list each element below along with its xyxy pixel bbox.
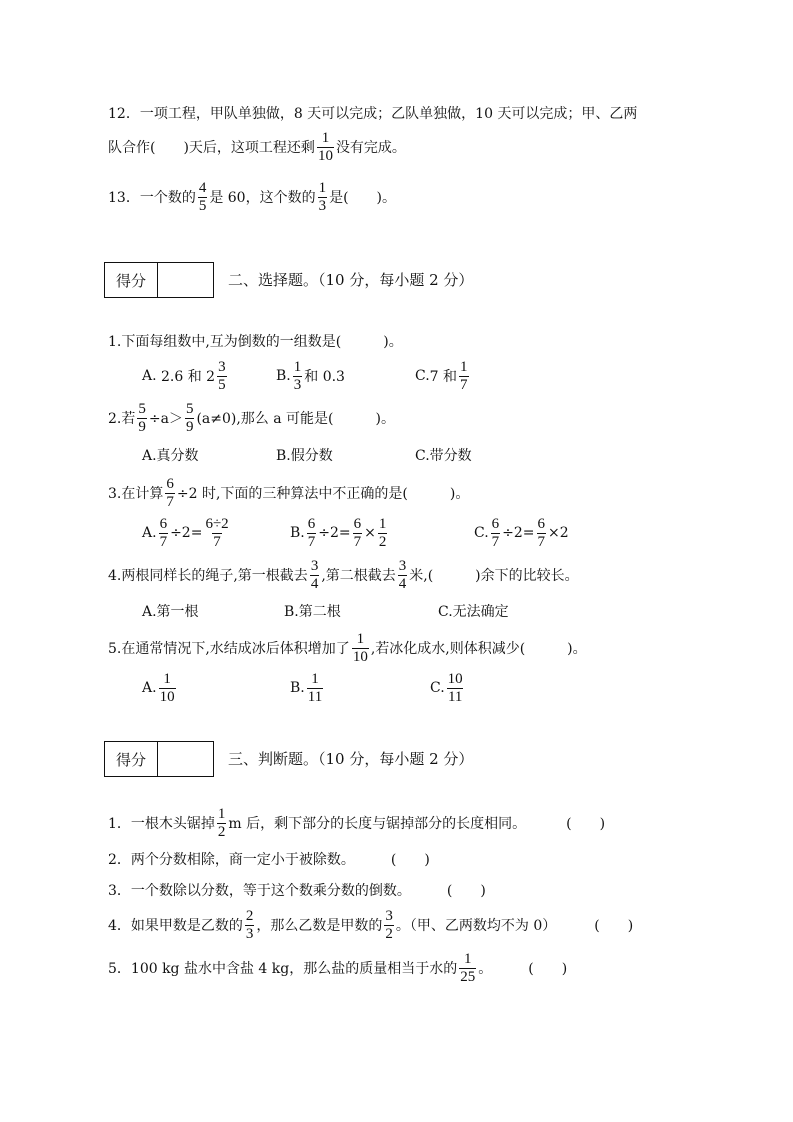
- option-label: A.: [142, 525, 157, 541]
- option-c: C.带分数: [415, 435, 472, 475]
- option-b: B.假分数: [276, 435, 333, 475]
- option-text: 7 和: [430, 366, 457, 386]
- fraction: 35: [217, 359, 227, 394]
- question-text: 1.下面每组数中,互为倒数的一组数是( )。: [108, 331, 403, 351]
- option-text: B.假分数: [276, 445, 333, 465]
- fraction: 67: [307, 516, 317, 551]
- option-b: B.第二根: [284, 591, 341, 631]
- fraction: 110: [317, 130, 334, 165]
- numerator: 1: [356, 631, 366, 648]
- numerator: 4: [198, 180, 208, 197]
- option-text: B.第二根: [284, 601, 341, 621]
- judge-question-5: 5．100 kg 盐水中含盐 4 kg，那么盐的质量相当于水的 125 。 ( …: [108, 948, 567, 988]
- choice-question-1: 1.下面每组数中,互为倒数的一组数是( )。: [108, 321, 403, 361]
- numerator: 2: [245, 908, 255, 925]
- denominator: 2: [384, 925, 394, 943]
- fraction: 12: [217, 806, 227, 841]
- denominator: 2: [378, 533, 388, 551]
- denominator: 7: [537, 533, 547, 551]
- option-text: A.真分数: [142, 445, 199, 465]
- fraction: 110: [159, 671, 176, 706]
- question-text: ,若冰化成水,则体积减少( )。: [371, 638, 587, 658]
- numerator: 1: [293, 359, 303, 376]
- choice-question-4: 4.两根同样长的绳子,第一根截去 34 ,第二根截去 34 米,( )余下的比较…: [108, 555, 579, 595]
- answer-blank[interactable]: ( ): [447, 880, 486, 900]
- fraction: 67: [353, 516, 363, 551]
- question-text: 4.两根同样长的绳子,第一根截去: [108, 565, 308, 585]
- question-text: 队合作( )天后，这项工程还剩: [108, 137, 315, 157]
- fraction: 67: [159, 516, 169, 551]
- option-b: B. 111: [290, 668, 325, 708]
- section-title: 二、选择题。（10 分，每小题 2 分）: [228, 262, 473, 296]
- denominator: 2: [217, 823, 227, 841]
- answer-blank[interactable]: ( ): [528, 958, 567, 978]
- numerator: 1: [217, 806, 227, 823]
- fraction: 6÷27: [204, 516, 229, 551]
- question-text: ，那么乙数是甲数的: [256, 915, 382, 935]
- fraction: 17: [459, 359, 469, 394]
- fraction: 67: [491, 516, 501, 551]
- question-text: 5．100 kg 盐水中含盐 4 kg，那么盐的质量相当于水的: [108, 958, 457, 978]
- denominator: 7: [165, 493, 175, 511]
- fraction: 34: [310, 558, 320, 593]
- choice-question-2: 2.若 59 ÷a＞ 59 (a≠0),那么 a 可能是( )。: [108, 398, 395, 438]
- fraction: 45: [198, 180, 208, 215]
- option-c: C. 1011: [430, 668, 466, 708]
- denominator: 4: [310, 575, 320, 593]
- option-text: ÷2=: [502, 525, 534, 541]
- denominator: 7: [491, 533, 501, 551]
- numerator: 1: [321, 130, 331, 147]
- option-c: C. 7 和 17: [415, 356, 471, 396]
- question-text: 米,( )余下的比较长。: [409, 565, 578, 585]
- question-12-line2: 队合作( )天后，这项工程还剩 110 没有完成。: [108, 127, 406, 167]
- question-text: 4．如果甲数是乙数的: [108, 915, 243, 935]
- numerator: 5: [137, 401, 147, 418]
- option-text: 和 0.3: [304, 366, 345, 386]
- fraction: 67: [537, 516, 547, 551]
- fraction: 110: [352, 631, 369, 666]
- numerator: 1: [463, 951, 473, 968]
- question-text: 12．一项工程，甲队单独做，8 天可以完成；乙队单独做，10 天可以完成；甲、乙…: [108, 103, 637, 123]
- fraction: 59: [137, 401, 147, 436]
- option-a: A.第一根: [142, 591, 199, 631]
- option-c: C. 67 ÷2= 67 ×2: [474, 513, 569, 553]
- option-label: B.: [276, 368, 291, 384]
- option-text: ×: [364, 525, 376, 541]
- fraction: 125: [459, 951, 476, 986]
- score-label: 得分: [105, 742, 158, 776]
- score-blank: [158, 742, 213, 776]
- numerator: 10: [447, 671, 464, 688]
- denominator: 11: [447, 688, 463, 706]
- score-label: 得分: [105, 263, 158, 297]
- option-label: A.: [142, 368, 157, 384]
- question-text: 1．一根木头锯掉: [108, 813, 215, 833]
- fraction: 12: [378, 516, 388, 551]
- option-text: 2.6 和 2: [161, 366, 215, 386]
- question-text: 没有完成。: [336, 137, 406, 157]
- option-b: B. 67 ÷2= 67 × 12: [290, 513, 389, 553]
- question-text: 2.若: [108, 408, 135, 428]
- option-text: ×2: [548, 525, 569, 541]
- judge-question-4: 4．如果甲数是乙数的 23 ，那么乙数是甲数的 32 。（甲、乙两数均不为 0）…: [108, 905, 633, 945]
- score-blank: [158, 263, 213, 297]
- option-text: ÷2=: [318, 525, 350, 541]
- denominator: 3: [293, 376, 303, 394]
- fraction: 1011: [447, 671, 464, 706]
- numerator: 5: [185, 401, 195, 418]
- denominator: 10: [317, 147, 334, 165]
- score-box-section3: 得分: [104, 741, 214, 777]
- question-text: 是( )。: [329, 187, 396, 207]
- numerator: 6: [159, 516, 169, 533]
- denominator: 7: [307, 533, 317, 551]
- denominator: 3: [318, 197, 328, 215]
- denominator: 4: [398, 575, 408, 593]
- score-box-section2: 得分: [104, 262, 214, 298]
- numerator: 3: [398, 558, 408, 575]
- option-a: A. 67 ÷2= 6÷27: [142, 513, 232, 553]
- denominator: 5: [217, 376, 227, 394]
- option-a: A.真分数: [142, 435, 199, 475]
- numerator: 3: [217, 359, 227, 376]
- question-text: 3.在计算: [108, 483, 163, 503]
- judge-question-3: 3．一个数除以分数，等于这个数乘分数的倒数。 ( ): [108, 870, 486, 910]
- option-label: C.: [474, 525, 489, 541]
- numerator: 1: [162, 671, 172, 688]
- question-text: 2．两个分数相除，商一定小于被除数。: [108, 849, 355, 869]
- denominator: 25: [459, 968, 476, 986]
- question-text: 5.在通常情况下,水结成冰后体积增加了: [108, 638, 350, 658]
- numerator: 1: [310, 671, 320, 688]
- denominator: 7: [353, 533, 363, 551]
- question-13: 13．一个数的 45 是 60，这个数的 13 是( )。: [108, 177, 396, 217]
- option-label: A.: [142, 680, 157, 696]
- denominator: 3: [245, 925, 255, 943]
- option-label: C.: [415, 368, 430, 384]
- option-a: A. 2.6 和 2 35: [142, 356, 229, 396]
- option-text: C.无法确定: [438, 601, 509, 621]
- question-text: 3．一个数除以分数，等于这个数乘分数的倒数。: [108, 880, 411, 900]
- answer-blank[interactable]: ( ): [391, 849, 430, 869]
- numerator: 6: [165, 476, 175, 493]
- fraction: 67: [165, 476, 175, 511]
- answer-blank[interactable]: ( ): [594, 915, 633, 935]
- option-label: C.: [430, 680, 445, 696]
- answer-blank[interactable]: ( ): [566, 813, 605, 833]
- option-label: B.: [290, 680, 305, 696]
- fraction: 34: [398, 558, 408, 593]
- denominator: 7: [159, 533, 169, 551]
- choice-question-3: 3.在计算 67 ÷2 时,下面的三种算法中不正确的是( )。: [108, 473, 469, 513]
- question-text: 13．一个数的: [108, 187, 196, 207]
- question-text: 。（甲、乙两数均不为 0）: [396, 915, 556, 935]
- fraction: 23: [245, 908, 255, 943]
- numerator: 1: [459, 359, 469, 376]
- question-text: ,第二根截去: [321, 565, 395, 585]
- fraction: 59: [185, 401, 195, 436]
- question-text: 。: [478, 958, 492, 978]
- numerator: 6÷2: [204, 516, 229, 533]
- denominator: 10: [159, 688, 176, 706]
- choice-question-5: 5.在通常情况下,水结成冰后体积增加了 110 ,若冰化成水,则体积减少( )。: [108, 628, 587, 668]
- numerator: 1: [318, 180, 328, 197]
- fraction: 32: [384, 908, 394, 943]
- denominator: 7: [459, 376, 469, 394]
- numerator: 6: [537, 516, 547, 533]
- judge-question-1: 1．一根木头锯掉 12 m 后，剩下部分的长度与锯掉部分的长度相同。 ( ): [108, 803, 605, 843]
- fraction: 13: [293, 359, 303, 394]
- option-text: A.第一根: [142, 601, 199, 621]
- denominator: 9: [137, 418, 147, 436]
- denominator: 10: [352, 648, 369, 666]
- question-text: ÷a＞: [149, 408, 183, 428]
- question-text: (a≠0),那么 a 可能是( )。: [196, 408, 395, 428]
- option-c: C.无法确定: [438, 591, 509, 631]
- numerator: 6: [353, 516, 363, 533]
- denominator: 5: [198, 197, 208, 215]
- numerator: 3: [384, 908, 394, 925]
- denominator: 7: [212, 533, 222, 551]
- numerator: 6: [491, 516, 501, 533]
- section-title: 三、判断题。（10 分，每小题 2 分）: [228, 741, 473, 775]
- fraction: 13: [318, 180, 328, 215]
- question-text: ÷2 时,下面的三种算法中不正确的是( )。: [177, 483, 469, 503]
- option-b: B. 13 和 0.3: [276, 356, 345, 396]
- question-text: 是 60，这个数的: [209, 187, 315, 207]
- option-a: A. 110: [142, 668, 178, 708]
- denominator: 11: [307, 688, 323, 706]
- option-text: C.带分数: [415, 445, 472, 465]
- fraction: 111: [307, 671, 323, 706]
- option-text: ÷2=: [170, 525, 202, 541]
- numerator: 6: [307, 516, 317, 533]
- numerator: 1: [378, 516, 388, 533]
- denominator: 9: [185, 418, 195, 436]
- option-label: B.: [290, 525, 305, 541]
- numerator: 3: [310, 558, 320, 575]
- question-text: m 后，剩下部分的长度与锯掉部分的长度相同。: [228, 813, 526, 833]
